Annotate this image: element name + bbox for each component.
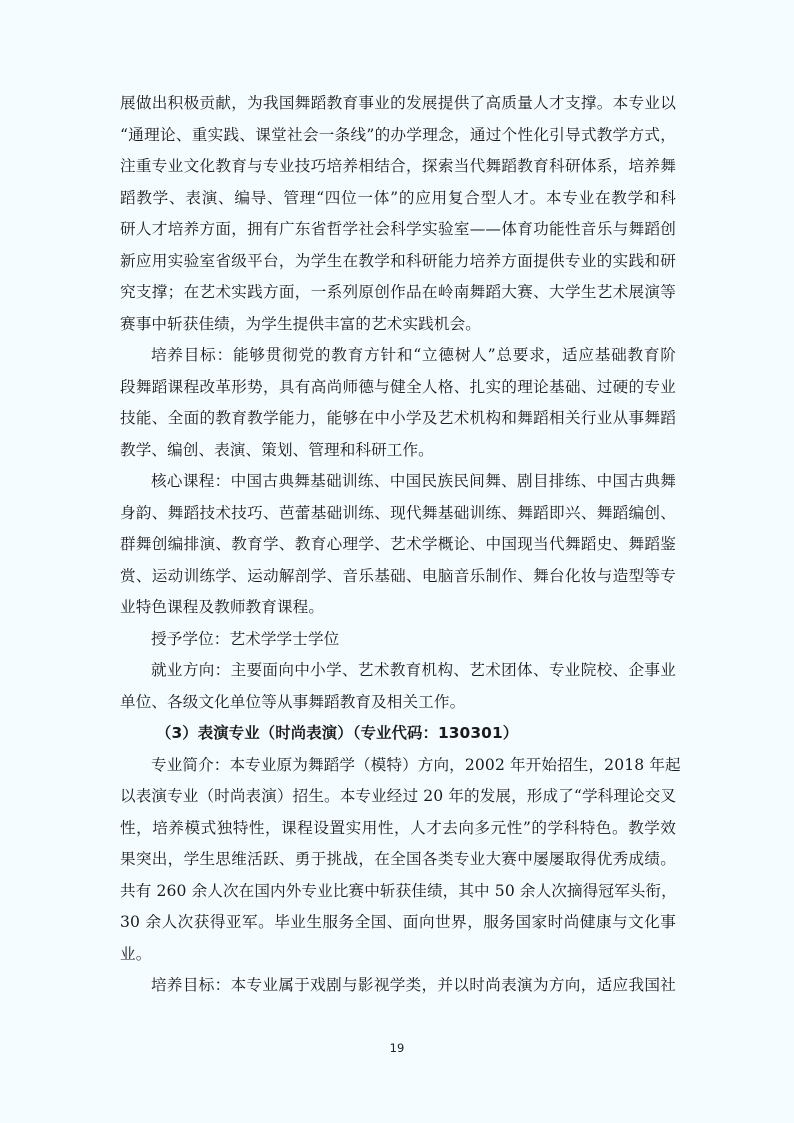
document-page: 展做出积极贡献，为我国舞蹈教育事业的发展提供了高质量人才支撑。本专业以 “通理论…: [120, 88, 676, 1002]
paragraph-core-courses: 核心课程：中国古典舞基础训练、中国民族民间舞、剧目排练、中国古典舞 身韵、舞蹈技…: [120, 466, 676, 624]
paragraph-training-goal: 培养目标：能够贯彻党的教育方针和“立德树人”总要求，适应基础教育阶 段舞蹈课程改…: [120, 340, 676, 466]
text-line: 技能、全面的教育教学能力，能够在中小学及艺术机构和舞蹈相关行业从事舞蹈: [120, 403, 676, 435]
text-line: 业。: [120, 939, 676, 971]
text-line: 赏、运动训练学、运动解剖学、音乐基础、电脑音乐制作、舞台化妆与造型等专: [120, 561, 676, 593]
text-line: 以表演专业（时尚表演）招生。本专业经过 20 年的发展，形成了“学科理论交叉: [120, 781, 676, 813]
text-line: 果突出，学生思维活跃、勇于挑战，在全国各类专业大赛中屡屡取得优秀成绩。: [120, 844, 676, 876]
text-line: 业特色课程及教师教育课程。: [120, 592, 676, 624]
text-line: 30 余人次获得亚军。毕业生服务全国、面向世界，服务国家时尚健康与文化事: [120, 907, 676, 939]
text-line: 授予学位：艺术学学士学位: [120, 624, 676, 656]
paragraph-degree: 授予学位：艺术学学士学位: [120, 624, 676, 656]
text-line: 研人才培养方面，拥有广东省哲学社会科学实验室——体育功能性音乐与舞蹈创: [120, 214, 676, 246]
text-line: 专业简介：本专业原为舞蹈学（模特）方向，2002 年开始招生，2018 年起: [120, 750, 676, 782]
text-line: 段舞蹈课程改革形势，具有高尚师德与健全人格、扎实的理论基础、过硬的专业: [120, 372, 676, 404]
paragraph-major-intro: 专业简介：本专业原为舞蹈学（模特）方向，2002 年开始招生，2018 年起 以…: [120, 750, 676, 971]
text-line: 身韵、舞蹈技术技巧、芭蕾基础训练、现代舞基础训练、舞蹈即兴、舞蹈编创、: [120, 498, 676, 530]
text-line: 蹈教学、表演、编导、管理“四位一体”的应用复合型人才。本专业在教学和科: [120, 183, 676, 215]
text-line: 就业方向：主要面向中小学、艺术教育机构、艺术团体、专业院校、企事业: [120, 655, 676, 687]
text-line: 赛事中斩获佳绩，为学生提供丰富的艺术实践机会。: [120, 309, 676, 341]
text-line: “通理论、重实践、课堂社会一条线”的办学理念，通过个性化引导式教学方式，: [120, 120, 676, 152]
text-line: 性，培养模式独特性，课程设置实用性，人才去向多元性”的学科特色。教学效: [120, 813, 676, 845]
text-line: 核心课程：中国古典舞基础训练、中国民族民间舞、剧目排练、中国古典舞: [120, 466, 676, 498]
text-line: 单位、各级文化单位等从事舞蹈教育及相关工作。: [120, 687, 676, 719]
text-line: 新应用实验室省级平台，为学生在教学和科研能力培养方面提供专业的实践和研: [120, 246, 676, 278]
section-heading: （3）表演专业（时尚表演）（专业代码：130301）: [120, 718, 676, 750]
page-number: 19: [0, 1041, 794, 1055]
paragraph-intro-continued: 展做出积极贡献，为我国舞蹈教育事业的发展提供了高质量人才支撑。本专业以 “通理论…: [120, 88, 676, 340]
text-line: 究支撑；在艺术实践方面，一系列原创作品在岭南舞蹈大赛、大学生艺术展演等: [120, 277, 676, 309]
text-line: 培养目标：能够贯彻党的教育方针和“立德树人”总要求，适应基础教育阶: [120, 340, 676, 372]
text-line: 展做出积极贡献，为我国舞蹈教育事业的发展提供了高质量人才支撑。本专业以: [120, 88, 676, 120]
text-line: 群舞创编排演、教育学、教育心理学、艺术学概论、中国现当代舞蹈史、舞蹈鉴: [120, 529, 676, 561]
paragraph-training-goal-2: 培养目标：本专业属于戏剧与影视学类，并以时尚表演为方向，适应我国社: [120, 970, 676, 1002]
text-line: 教学、编创、表演、策划、管理和科研工作。: [120, 435, 676, 467]
text-line: 注重专业文化教育与专业技巧培养相结合，探索当代舞蹈教育科研体系，培养舞: [120, 151, 676, 183]
text-line: 共有 260 余人次在国内外专业比赛中斩获佳绩，其中 50 余人次摘得冠军头衔，: [120, 876, 676, 908]
text-line: 培养目标：本专业属于戏剧与影视学类，并以时尚表演为方向，适应我国社: [120, 970, 676, 1002]
paragraph-employment: 就业方向：主要面向中小学、艺术教育机构、艺术团体、专业院校、企事业 单位、各级文…: [120, 655, 676, 718]
